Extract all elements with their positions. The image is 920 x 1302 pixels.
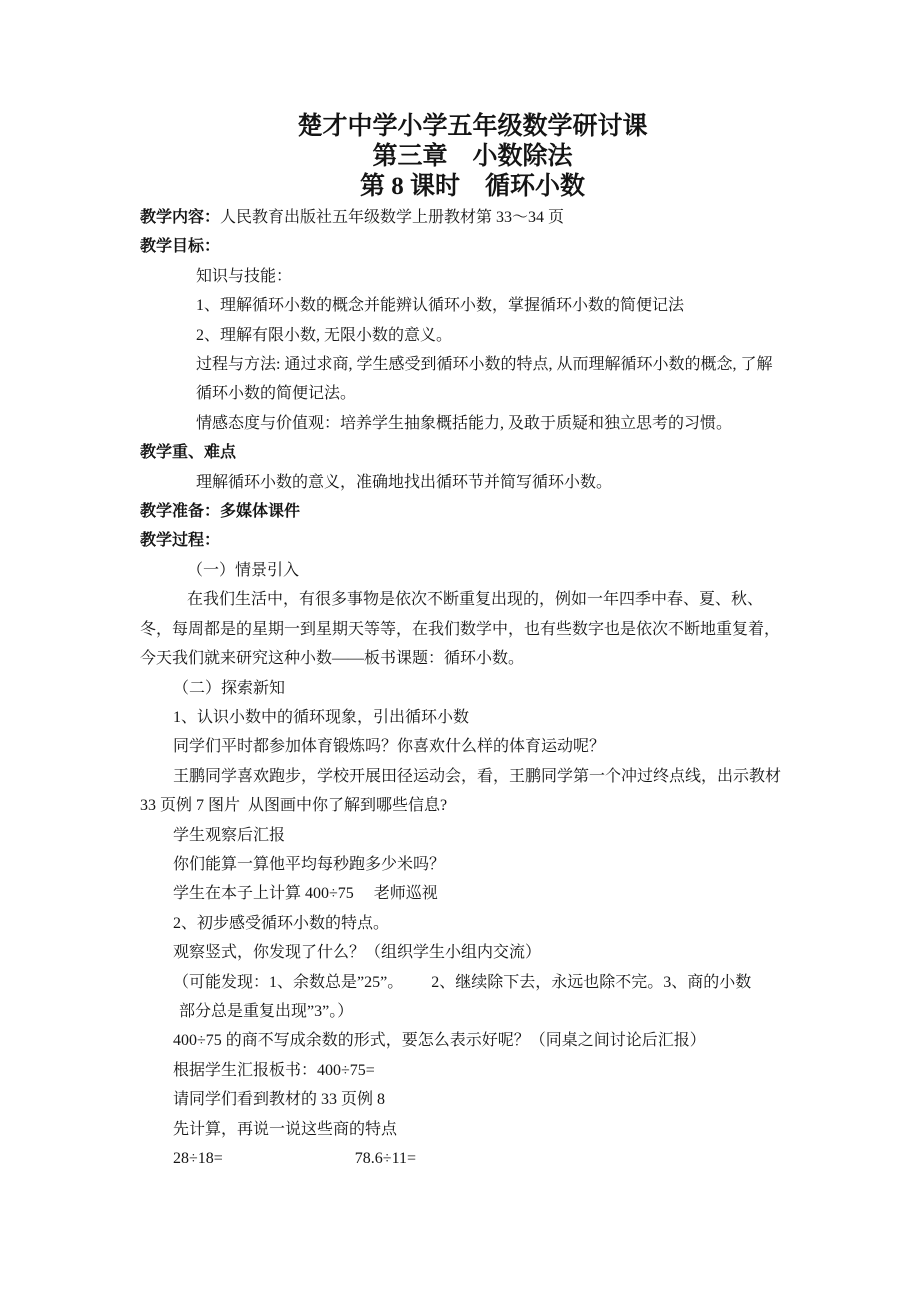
heading-teaching-prep: 教学准备：多媒体课件 [140, 503, 300, 520]
line-possible-findings: （可能发现：1、余数总是”25”。 2、继续除下去，永远也除不完。3、商的小数 [140, 968, 805, 997]
line-text: 请同学们看到教材的 33 页例 8 [173, 1091, 385, 1108]
line-text: 先计算，再说一说这些商的特点 [173, 1121, 397, 1138]
line-emotion-values: 情感态度与价值观：培养学生抽象概括能力, 及敢于质疑和独立思考的习惯。 [140, 409, 805, 438]
line-text: 2、理解有限小数, 无限小数的意义。 [196, 327, 452, 344]
line-observe-vertical: 观察竖式，你发现了什么？（组织学生小组内交流） [140, 938, 805, 967]
line-key-difficulty-body: 理解循环小数的意义，准确地找出循环节并简写循环小数。 [140, 468, 805, 497]
heading-teaching-content: 教学内容： [140, 209, 220, 226]
line-text: 1、认识小数中的循环现象，引出循环小数 [173, 709, 469, 726]
line-process-method: 过程与方法: 通过求商, 学生感受到循环小数的特点, 从而理解循环小数的概念, … [140, 350, 805, 379]
doc-title-lesson: 第 8 课时 循环小数 [140, 172, 805, 202]
line-intro-para-3: 今天我们就来研究这种小数——板书课题：循环小数。 [140, 644, 805, 673]
line-goal-2: 2、理解有限小数, 无限小数的意义。 [140, 321, 805, 350]
line-wangpeng-running: 王鹏同学喜欢跑步，学校开展田径运动会，看，王鹏同学第一个冲过终点线，出示教材 [140, 762, 805, 791]
doc-title-school-course: 楚才中学小学五年级数学研讨课 [140, 112, 805, 142]
line-goal-1: 1、理解循环小数的概念并能辨认循环小数，掌握循环小数的简便记法 [140, 291, 805, 320]
line-student-calc: 学生在本子上计算 400÷75 老师巡视 [140, 879, 805, 908]
line-textbook-example-8: 请同学们看到教材的 33 页例 8 [140, 1085, 805, 1114]
line-text: （一）情景引入 [187, 562, 299, 579]
line-text: 过程与方法: 通过求商, 学生感受到循环小数的特点, 从而理解循环小数的概念, … [196, 356, 772, 373]
line-text: 2、初步感受循环小数的特点。 [173, 915, 389, 932]
line-text: 学生在本子上计算 400÷75 老师巡视 [173, 885, 438, 902]
line-text: 冬，每周都是的星期一到星期天等等，在我们数学中，也有些数字也是依次不断地重复着， [140, 621, 780, 638]
heading-key-difficulty: 教学重、难点 [140, 444, 236, 461]
line-text: 部分总是重复出现”3”。） [179, 1003, 353, 1020]
line-process-method-cont: 循环小数的简便记法。 [140, 379, 805, 408]
line-question-sports: 同学们平时都参加体育锻炼吗？你喜欢什么样的体育运动呢？ [140, 732, 805, 761]
document-page-background: { "document": { "title_lines": [ "楚才中学小学… [0, 0, 920, 1302]
line-text: 学生观察后汇报 [173, 827, 285, 844]
line-text: 在我们生活中，有很多事物是依次不断重复出现的，例如一年四季中春、夏、秋、 [187, 591, 763, 608]
heading-teaching-goals: 教学目标： [140, 238, 220, 255]
line-key-difficulty-heading: 教学重、难点 [140, 438, 805, 467]
line-text: 你们能算一算他平均每秒跑多少米吗？ [173, 856, 445, 873]
line-text: 根据学生汇报板书：400÷75= [173, 1062, 375, 1079]
line-quotient-representation: 400÷75 的商不写成余数的形式，要怎么表示好呢？（同桌之间讨论后汇报） [140, 1026, 805, 1055]
line-division-exercises: 28÷18= 78.6÷11= [140, 1144, 805, 1173]
line-text: 33 页例 7 图片 从图画中你了解到哪些信息? [140, 797, 447, 814]
line-intro-para-1: 在我们生活中，有很多事物是依次不断重复出现的，例如一年四季中春、夏、秋、 [140, 585, 805, 614]
line-text: 循环小数的简便记法。 [196, 385, 356, 402]
lesson-plan-document: 楚才中学小学五年级数学研讨课 第三章 小数除法 第 8 课时 循环小数 教学内容… [140, 112, 805, 1173]
line-text: 情感态度与价值观：培养学生抽象概括能力, 及敢于质疑和独立思考的习惯。 [196, 415, 732, 432]
line-teaching-content: 教学内容：人民教育出版社五年级数学上册教材第 33～34 页 [140, 203, 805, 232]
line-teaching-prep-heading: 教学准备：多媒体课件 [140, 497, 805, 526]
line-question-speed: 你们能算一算他平均每秒跑多少米吗？ [140, 850, 805, 879]
line-student-report: 学生观察后汇报 [140, 821, 805, 850]
line-text: 人民教育出版社五年级数学上册教材第 33～34 页 [220, 209, 564, 226]
line-explore-item-1: 1、认识小数中的循环现象，引出循环小数 [140, 703, 805, 732]
line-intro-para-2: 冬，每周都是的星期一到星期天等等，在我们数学中，也有些数字也是依次不断地重复着， [140, 615, 805, 644]
line-text: 400÷75 的商不写成余数的形式，要怎么表示好呢？（同桌之间讨论后汇报） [173, 1032, 706, 1049]
line-board-writing: 根据学生汇报板书：400÷75= [140, 1056, 805, 1085]
line-text: 理解循环小数的意义，准确地找出循环节并简写循环小数。 [196, 474, 612, 491]
line-teaching-goals-heading: 教学目标： [140, 232, 805, 261]
line-text: 28÷18= 78.6÷11= [173, 1150, 416, 1167]
line-text: 1、理解循环小数的概念并能辨认循环小数，掌握循环小数的简便记法 [196, 297, 684, 314]
line-section-2-explore: （二）探索新知 [140, 674, 805, 703]
line-textbook-page-33: 33 页例 7 图片 从图画中你了解到哪些信息? [140, 791, 805, 820]
line-text: 同学们平时都参加体育锻炼吗？你喜欢什么样的体育运动呢？ [173, 738, 605, 755]
line-text: （可能发现：1、余数总是”25”。 2、继续除下去，永远也除不完。3、商的小数 [173, 974, 751, 991]
line-section-1-intro: （一）情景引入 [140, 556, 805, 585]
line-explore-item-2: 2、初步感受循环小数的特点。 [140, 909, 805, 938]
line-text: （二）探索新知 [173, 680, 285, 697]
doc-body: 教学内容：人民教育出版社五年级数学上册教材第 33～34 页 教学目标： 知识与… [140, 203, 805, 1173]
line-possible-findings-cont: 部分总是重复出现”3”。） [140, 997, 805, 1026]
line-text: 今天我们就来研究这种小数——板书课题：循环小数。 [140, 650, 524, 667]
line-text: 王鹏同学喜欢跑步，学校开展田径运动会，看，王鹏同学第一个冲过终点线，出示教材 [173, 768, 781, 785]
heading-teaching-process: 教学过程： [140, 532, 220, 549]
line-teaching-process-heading: 教学过程： [140, 526, 805, 555]
line-text: 观察竖式，你发现了什么？（组织学生小组内交流） [173, 944, 541, 961]
doc-title-chapter: 第三章 小数除法 [140, 142, 805, 172]
line-text: 知识与技能： [196, 268, 292, 285]
line-calc-first: 先计算，再说一说这些商的特点 [140, 1115, 805, 1144]
line-knowledge-skills: 知识与技能： [140, 262, 805, 291]
